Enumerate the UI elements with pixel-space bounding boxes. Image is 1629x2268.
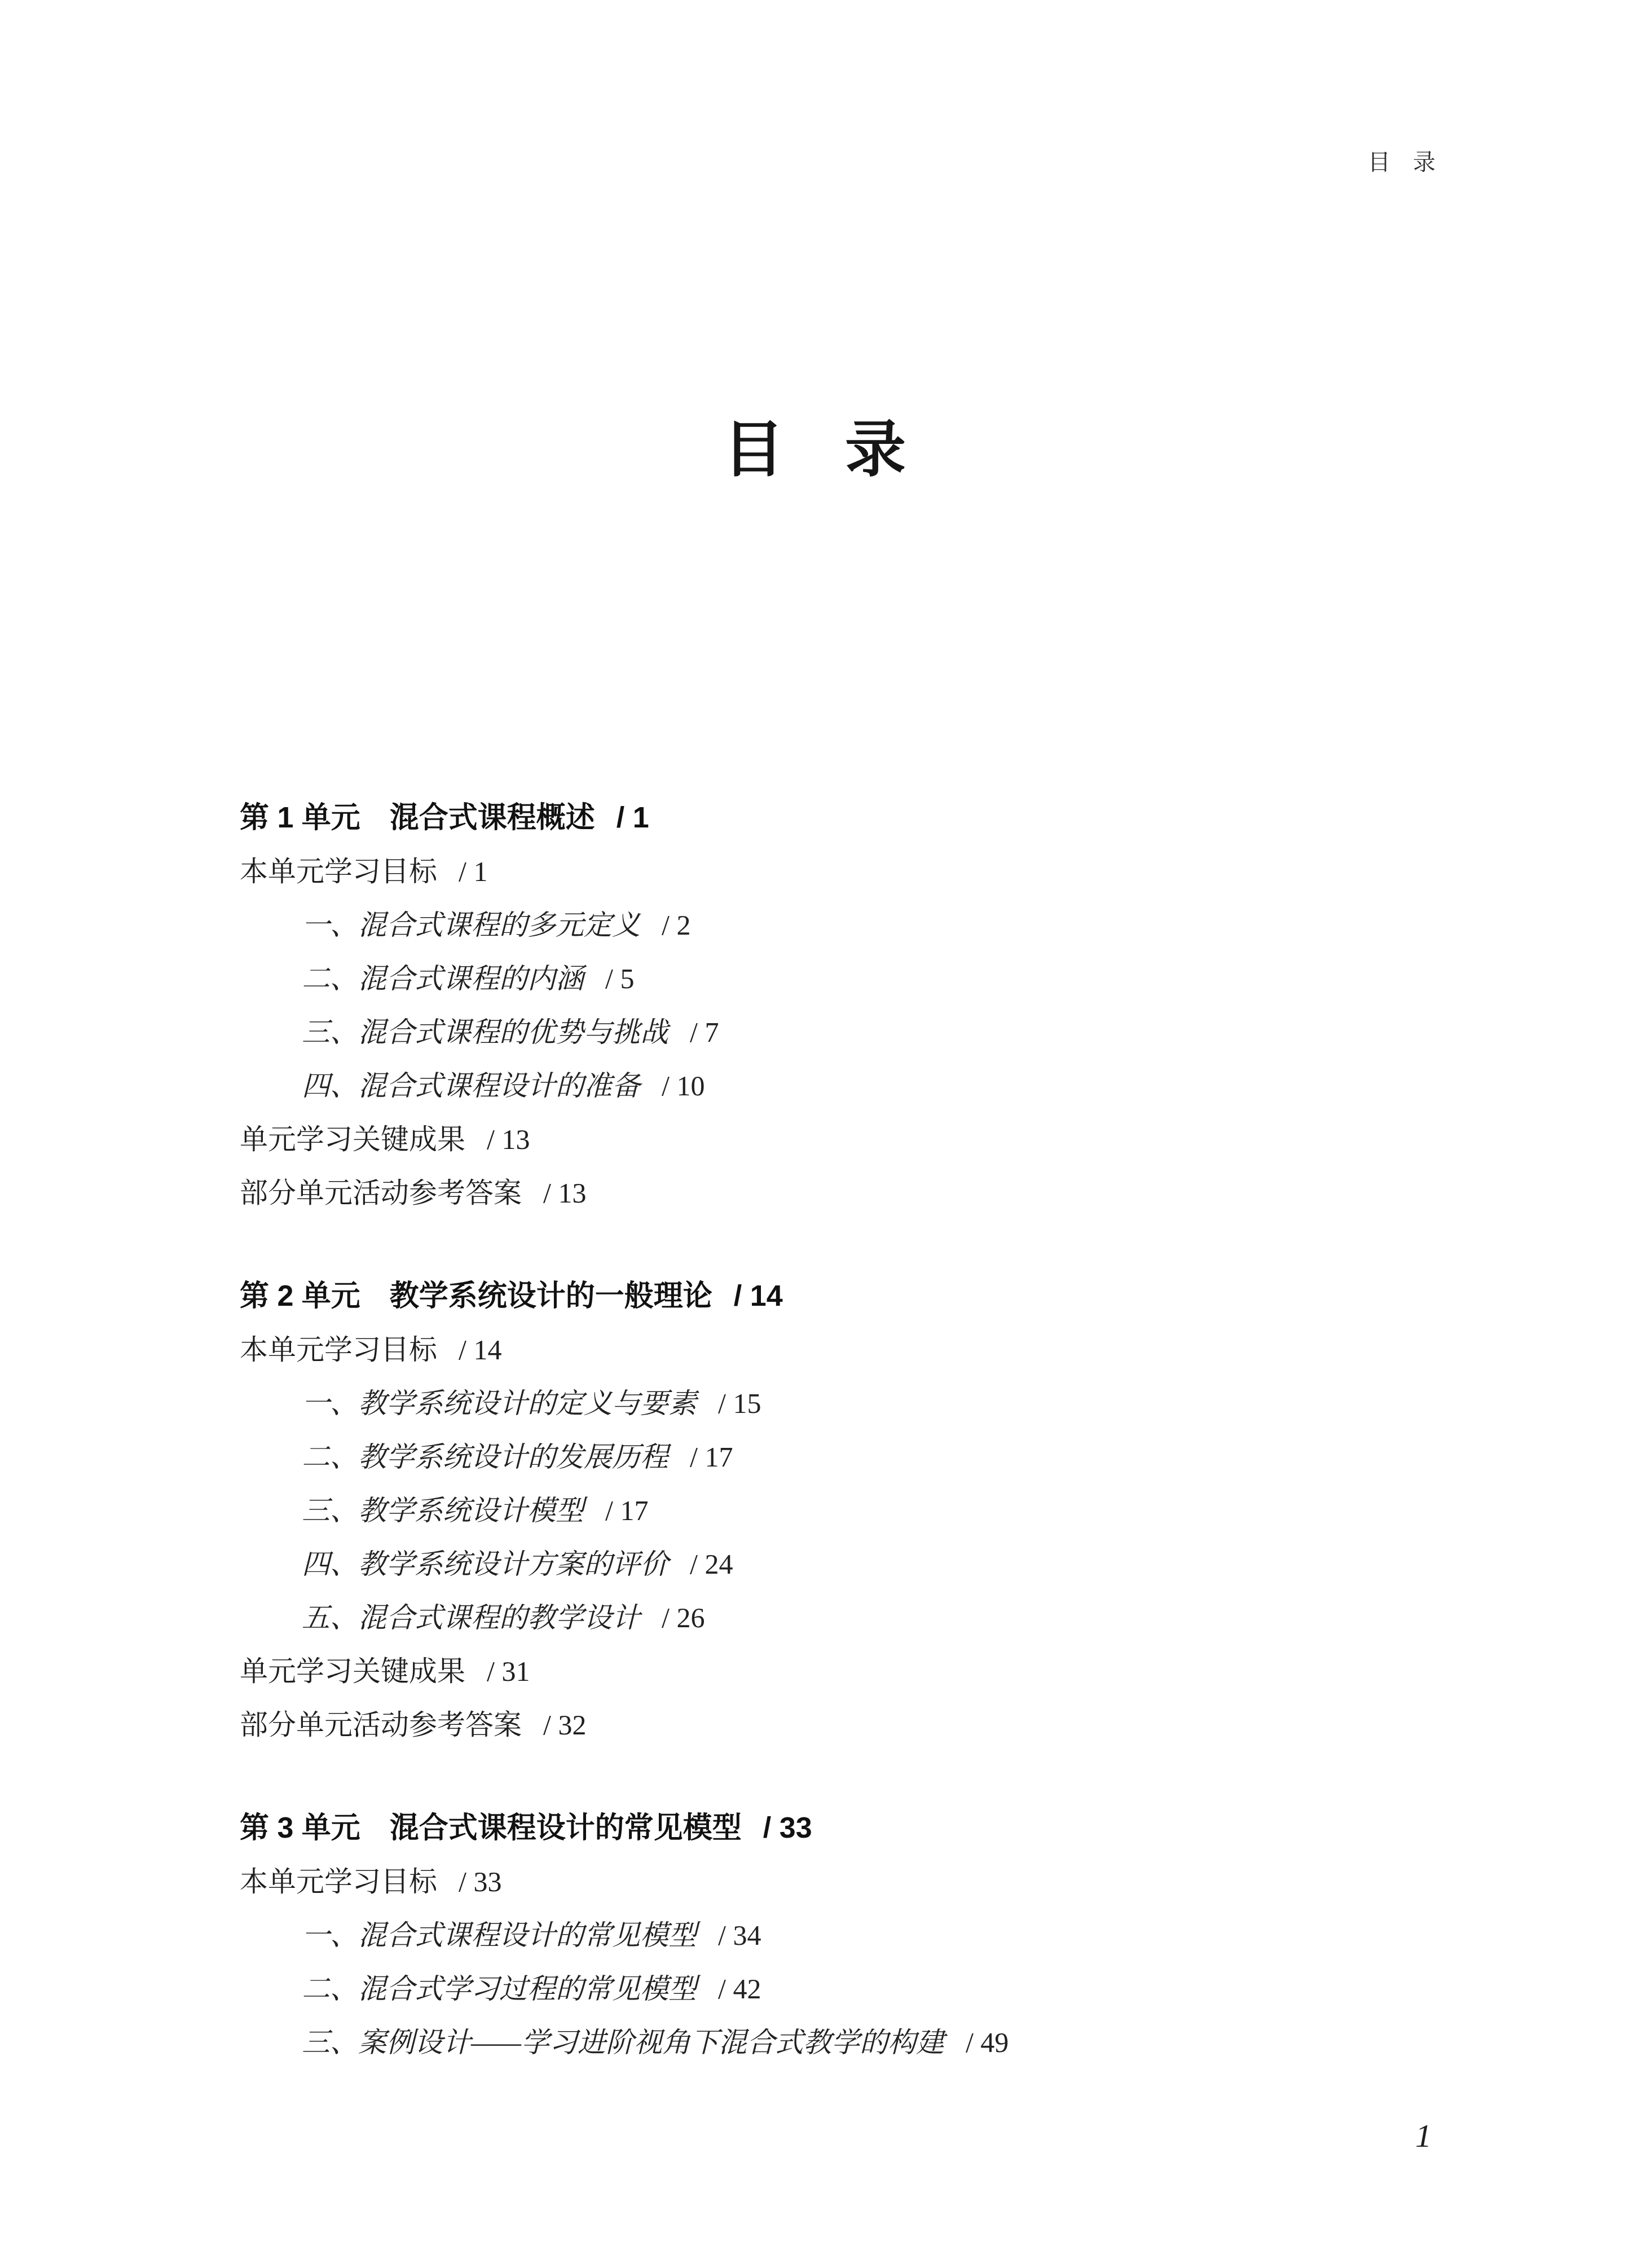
toc-entry: 四、教学系统设计方案的评价/ 24	[240, 1538, 1460, 1591]
toc-entry-page: / 2	[662, 909, 690, 941]
toc-entry-page: / 17	[605, 1495, 648, 1526]
toc-entry-page: / 10	[662, 1070, 705, 1102]
running-head: 目 录	[1368, 151, 1436, 174]
toc-entry-page: / 31	[487, 1655, 530, 1687]
toc-entry-label: 第 2 单元 教学系统设计的一般理论	[240, 1280, 712, 1313]
page-number: 1	[1415, 2120, 1432, 2152]
toc-entry-page: / 15	[718, 1388, 761, 1419]
toc-entry-label: 一、教学系统设计的定义与要素	[302, 1388, 697, 1419]
toc-entry-label: 本单元学习目标	[240, 1866, 437, 1897]
toc-entry-label: 本单元学习目标	[240, 1334, 437, 1366]
toc-entry-label: 单元学习关键成果	[240, 1124, 465, 1155]
toc-entry-page: / 14	[459, 1334, 501, 1366]
toc-page: 目 录 目 录 第 1 单元 混合式课程概述/ 1本单元学习目标/ 1一、混合式…	[0, 0, 1629, 2268]
toc-entry: 一、混合式课程设计的常见模型/ 34	[240, 1909, 1460, 1962]
toc-entry-page: / 13	[487, 1124, 530, 1155]
toc-entry: 二、混合式课程的内涵/ 5	[240, 952, 1460, 1006]
toc-section-heading: 第 3 单元 混合式课程设计的常见模型/ 33	[240, 1802, 1460, 1855]
toc-entry-page: / 5	[605, 963, 634, 994]
toc-entry-page: / 33	[459, 1866, 501, 1897]
toc-entry: 本单元学习目标/ 33	[240, 1855, 1460, 1909]
toc-section: 第 1 单元 混合式课程概述/ 1本单元学习目标/ 1一、混合式课程的多元定义/…	[240, 791, 1460, 1220]
toc-entry-label: 二、混合式课程的内涵	[302, 963, 584, 994]
toc-entry-label: 本单元学习目标	[240, 856, 437, 887]
toc-entry-page: / 14	[734, 1280, 783, 1313]
toc-section-heading: 第 1 单元 混合式课程概述/ 1	[240, 791, 1460, 845]
toc-entry-page: / 17	[690, 1441, 733, 1473]
toc-entry: 二、教学系统设计的发展历程/ 17	[240, 1430, 1460, 1484]
toc-entry: 本单元学习目标/ 14	[240, 1323, 1460, 1377]
toc-entry-label: 二、混合式学习过程的常见模型	[302, 1973, 697, 2005]
toc-list: 第 1 单元 混合式课程概述/ 1本单元学习目标/ 1一、混合式课程的多元定义/…	[240, 791, 1460, 2069]
toc-entry-page: / 1	[617, 801, 649, 834]
toc-entry-page: / 13	[543, 1177, 586, 1209]
toc-entry-page: / 7	[690, 1016, 719, 1048]
toc-entry: 一、混合式课程的多元定义/ 2	[240, 899, 1460, 952]
toc-entry-label: 四、混合式课程设计的准备	[302, 1070, 640, 1102]
toc-entry-label: 第 1 单元 混合式课程概述	[240, 801, 595, 834]
toc-entry-page: / 42	[718, 1973, 761, 2005]
toc-entry-label: 三、案例设计——学习进阶视角下混合式教学的构建	[302, 2027, 944, 2058]
toc-entry-page: / 34	[718, 1919, 761, 1951]
toc-entry-page: / 1	[459, 856, 487, 887]
toc-entry-label: 五、混合式课程的教学设计	[302, 1602, 640, 1633]
toc-entry-page: / 49	[966, 2027, 1009, 2058]
toc-entry: 三、混合式课程的优势与挑战/ 7	[240, 1006, 1460, 1059]
toc-entry-label: 三、混合式课程的优势与挑战	[302, 1016, 668, 1048]
toc-section-heading: 第 2 单元 教学系统设计的一般理论/ 14	[240, 1270, 1460, 1323]
toc-entry-page: / 32	[543, 1709, 586, 1741]
toc-entry: 单元学习关键成果/ 13	[240, 1113, 1460, 1166]
toc-entry-page: / 26	[662, 1602, 705, 1633]
toc-entry: 一、教学系统设计的定义与要素/ 15	[240, 1377, 1460, 1430]
toc-entry-label: 三、教学系统设计模型	[302, 1495, 584, 1526]
toc-section: 第 2 单元 教学系统设计的一般理论/ 14本单元学习目标/ 14一、教学系统设…	[240, 1270, 1460, 1752]
toc-entry: 二、混合式学习过程的常见模型/ 42	[240, 1962, 1460, 2016]
toc-entry-page: / 33	[763, 1812, 812, 1844]
toc-entry: 四、混合式课程设计的准备/ 10	[240, 1059, 1460, 1113]
toc-entry: 部分单元活动参考答案/ 32	[240, 1698, 1460, 1752]
toc-entry-page: / 24	[690, 1548, 733, 1580]
toc-entry-label: 单元学习关键成果	[240, 1655, 465, 1687]
toc-entry: 三、教学系统设计模型/ 17	[240, 1484, 1460, 1538]
toc-entry-label: 部分单元活动参考答案	[240, 1709, 522, 1741]
page-title: 目 录	[0, 419, 1629, 482]
toc-entry: 本单元学习目标/ 1	[240, 845, 1460, 899]
toc-entry-label: 一、混合式课程设计的常见模型	[302, 1919, 697, 1951]
toc-entry: 单元学习关键成果/ 31	[240, 1645, 1460, 1698]
toc-entry-label: 部分单元活动参考答案	[240, 1177, 522, 1209]
toc-entry: 部分单元活动参考答案/ 13	[240, 1166, 1460, 1220]
toc-entry: 五、混合式课程的教学设计/ 26	[240, 1591, 1460, 1645]
toc-section: 第 3 单元 混合式课程设计的常见模型/ 33本单元学习目标/ 33一、混合式课…	[240, 1802, 1460, 2069]
toc-entry-label: 第 3 单元 混合式课程设计的常见模型	[240, 1812, 742, 1844]
toc-entry-label: 四、教学系统设计方案的评价	[302, 1548, 668, 1580]
toc-entry-label: 二、教学系统设计的发展历程	[302, 1441, 668, 1473]
toc-entry-label: 一、混合式课程的多元定义	[302, 909, 640, 941]
toc-entry: 三、案例设计——学习进阶视角下混合式教学的构建/ 49	[240, 2016, 1460, 2069]
